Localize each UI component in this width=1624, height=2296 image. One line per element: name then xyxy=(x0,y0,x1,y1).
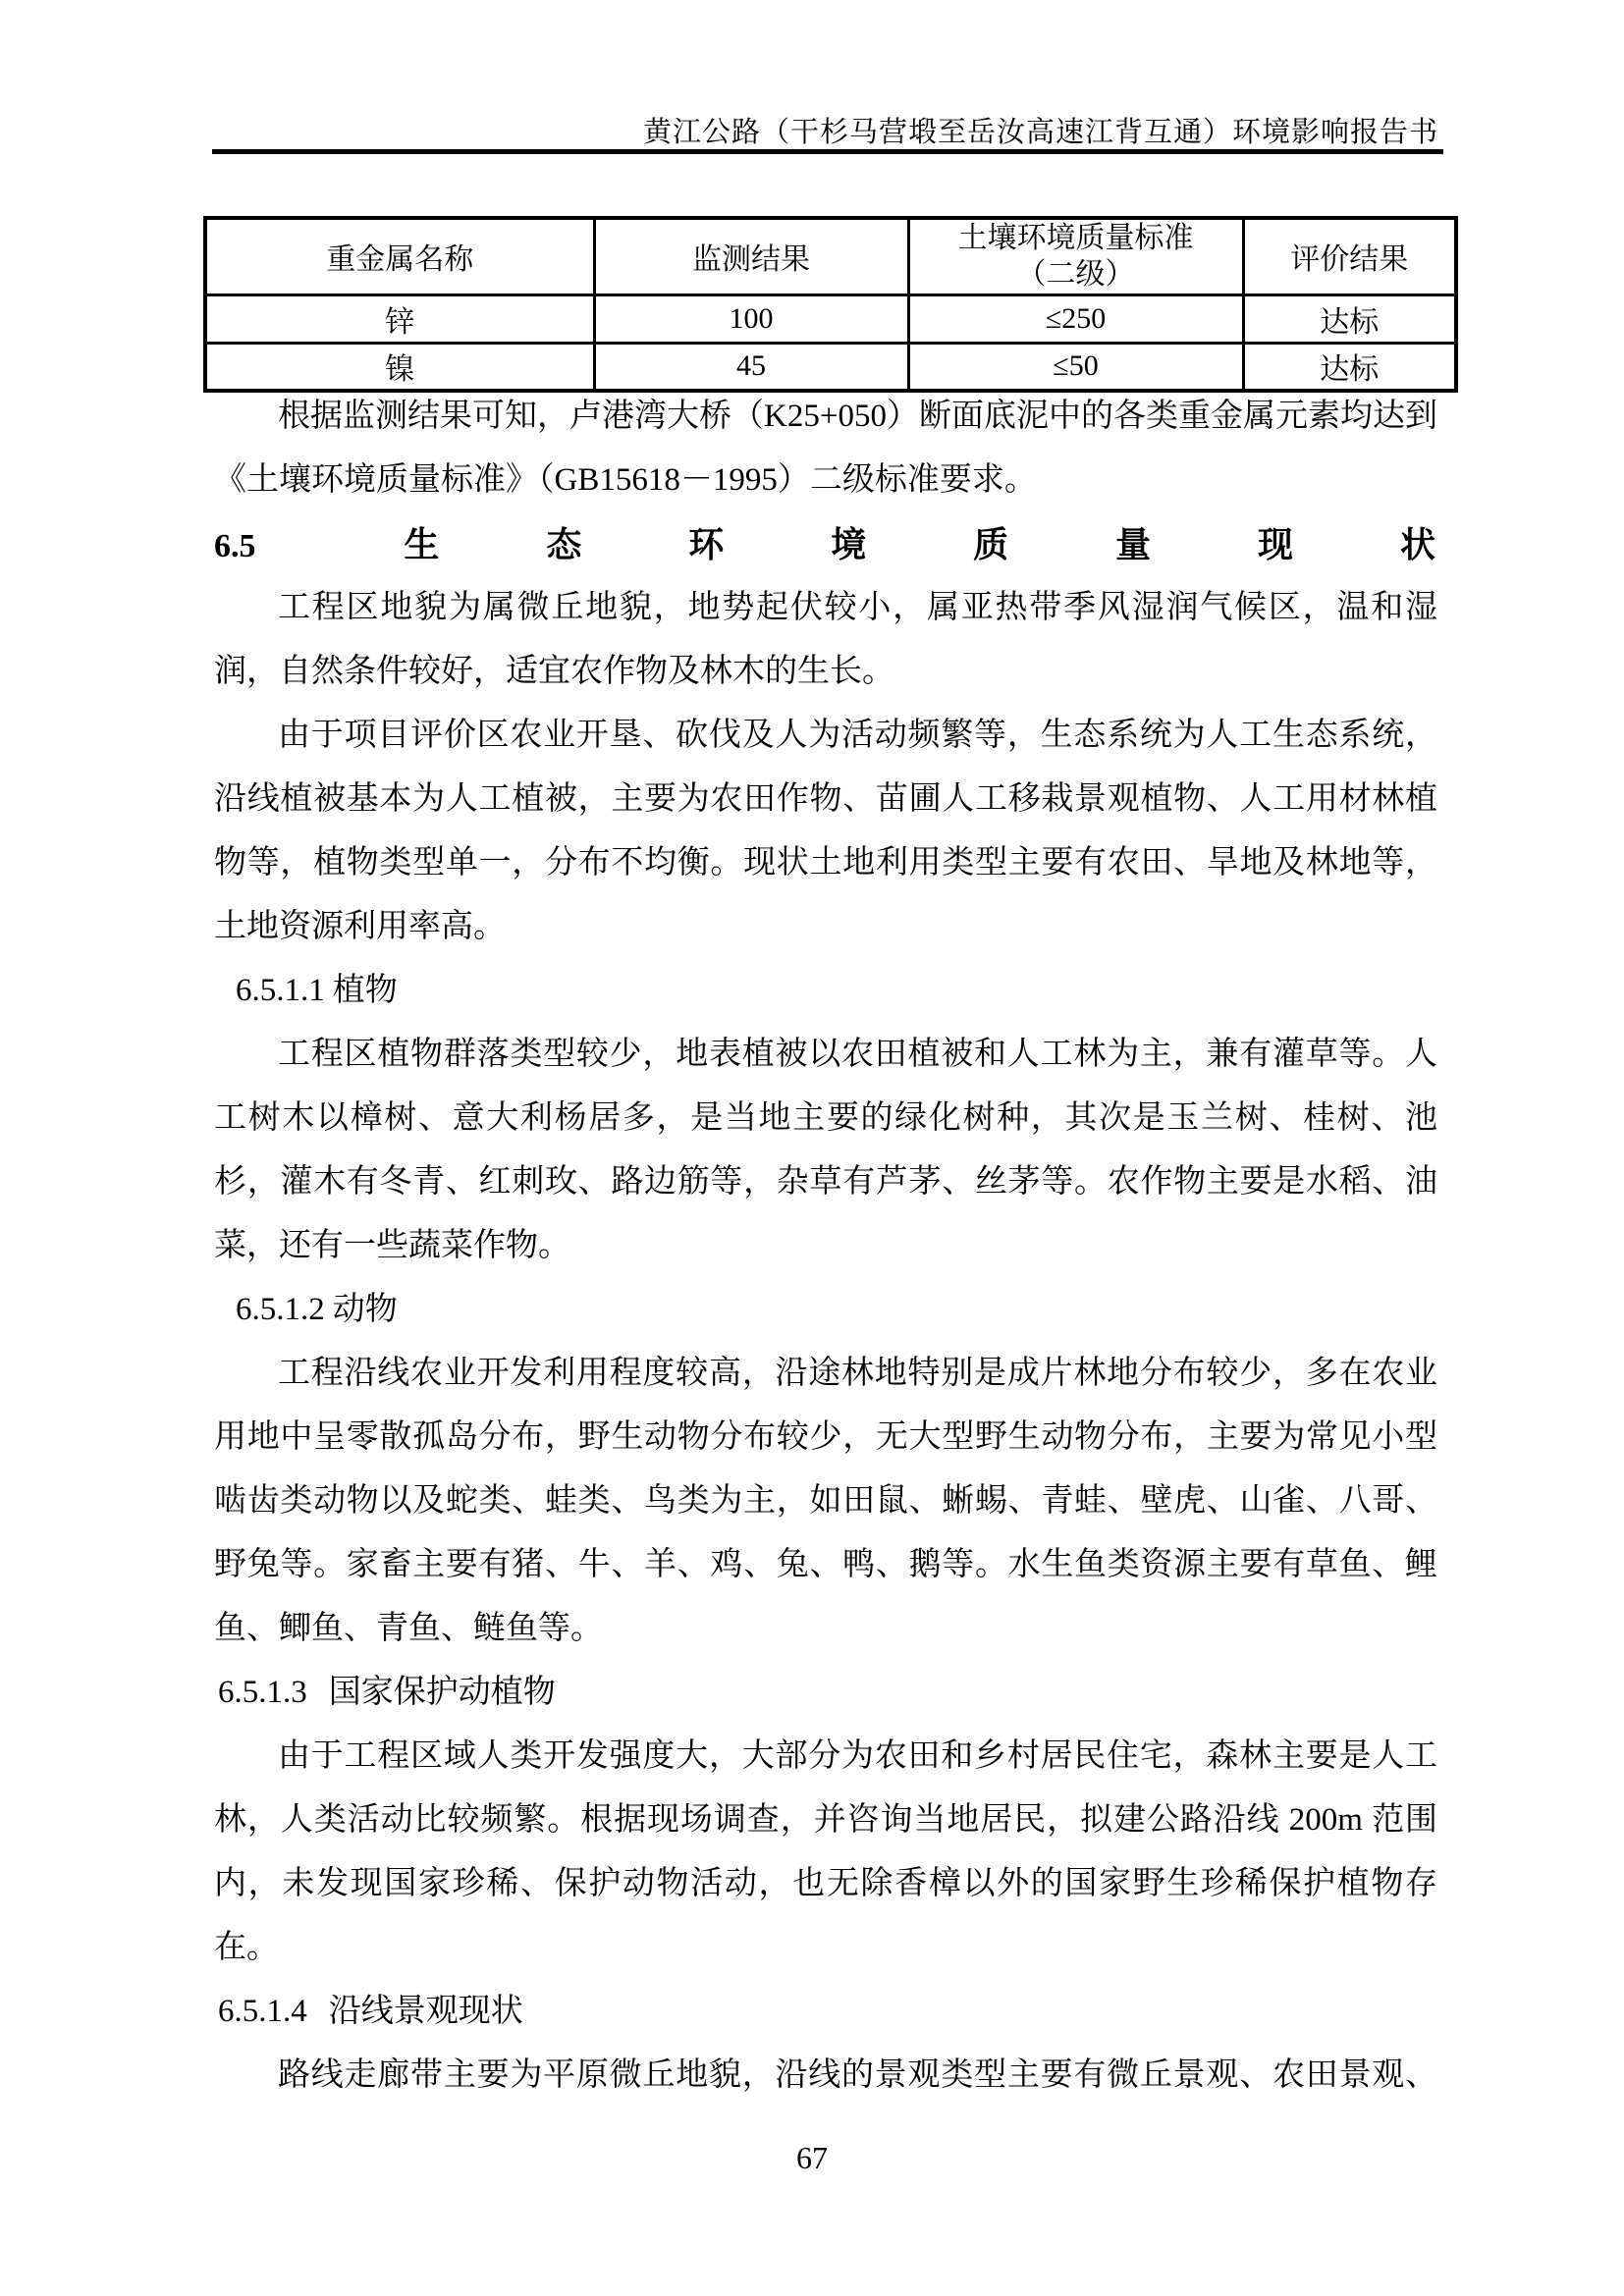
table-cell: 镍 xyxy=(205,343,594,391)
text-line: 工树木以樟树、意大利杨居多，是当地主要的绿化树种，其次是玉兰树、桂树、池 xyxy=(214,1087,1437,1150)
section-number: 6.5.1.4 xyxy=(218,1994,307,2029)
paragraph: 工程沿线农业开发利用程度较高，沿途林地特别是成片林地分布较少，多在农业 用地中呈… xyxy=(214,1342,1437,1661)
text-line: 工程区地貌为属微丘地貌，地势起伏较小，属亚热带季风湿润气候区，温和湿 xyxy=(214,576,1437,640)
table-cell: 100 xyxy=(594,294,908,343)
paragraph: 路线走廊带主要为平原微丘地貌，沿线的景观类型主要有微丘景观、农田景观、 xyxy=(214,2044,1437,2108)
table-cell: 锌 xyxy=(205,294,594,343)
table-cell: 45 xyxy=(594,343,908,391)
section-heading-6-5: 6.5生态环境质量现状 xyxy=(214,512,1437,576)
heavy-metal-results-table: 重金属名称 监测结果 土壤环境质量标准 （二级） 评价结果 锌 100 ≤250… xyxy=(203,216,1458,393)
header-cell-soil-standard: 土壤环境质量标准 （二级） xyxy=(908,218,1243,294)
running-header-title: 黄江公路（干杉马营塅至岳汝高速江背互通）环境影响报告书 xyxy=(643,115,1438,150)
text-line: 物等，植物类型单一，分布不均衡。现状土地利用类型主要有农田、旱地及林地等， xyxy=(214,831,1437,895)
text-line: 由于工程区域人类开发强度大，大部分为农田和乡村居民住宅，森林主要是人工 xyxy=(214,1725,1437,1789)
section-heading-6-5-1-1: 6.5.1.1植物 xyxy=(214,959,1437,1023)
text-line: 工程区植物群落类型较少，地表植被以农田植被和人工林为主，兼有灌草等。人 xyxy=(214,1023,1437,1087)
text-line: 沿线植被基本为人工植被，主要为农田作物、苗圃人工移栽景观植物、人工用材林植 xyxy=(214,768,1437,831)
text-line: 用地中呈零散孤岛分布，野生动物分布较少，无大型野生动物分布，主要为常见小型 xyxy=(214,1406,1437,1469)
paragraph: 由于项目评价区农业开垦、砍伐及人为活动频繁等，生态系统为人工生态系统， 沿线植被… xyxy=(214,704,1437,959)
text-line: 根据监测结果可知，卢港湾大桥（K25+050）断面底泥中的各类重金属元素均达到 xyxy=(214,385,1437,449)
text-line: 路线走廊带主要为平原微丘地貌，沿线的景观类型主要有微丘景观、农田景观、 xyxy=(214,2044,1437,2108)
text-line: 啮齿类动物以及蛇类、蛙类、鸟类为主，如田鼠、蜥蜴、青蛙、壁虎、山雀、八哥、 xyxy=(214,1469,1437,1533)
table-row: 锌 100 ≤250 达标 xyxy=(205,294,1456,343)
section-heading-6-5-1-4: 6.5.1.4沿线景观现状 xyxy=(214,1980,1437,2044)
section-number: 6.5.1.1 xyxy=(236,973,325,1008)
section-heading-6-5-1-2: 6.5.1.2动物 xyxy=(214,1278,1437,1342)
header-cell-metal-name: 重金属名称 xyxy=(205,218,594,294)
section-number: 6.5.1.2 xyxy=(236,1292,325,1327)
text-line: 土地资源利用率高。 xyxy=(214,895,1437,959)
section-title: 动物 xyxy=(333,1292,398,1327)
table-row: 镍 45 ≤50 达标 xyxy=(205,343,1456,391)
text-line: 杉，灌木有冬青、红刺玫、路边筋等，杂草有芦茅、丝茅等。农作物主要是水稻、油 xyxy=(214,1150,1437,1214)
text-line: 鱼、鲫鱼、青鱼、鲢鱼等。 xyxy=(214,1597,1437,1661)
header-rule xyxy=(212,149,1443,154)
section-title: 植物 xyxy=(333,973,398,1008)
text-line: 由于项目评价区农业开垦、砍伐及人为活动频繁等，生态系统为人工生态系统， xyxy=(214,704,1437,768)
text-line: 在。 xyxy=(214,1916,1437,1980)
section-title: 国家保护动植物 xyxy=(329,1675,556,1710)
text-line: 润，自然条件较好，适宜农作物及林木的生长。 xyxy=(214,640,1437,704)
table-cell: ≤50 xyxy=(908,343,1243,391)
text-line: 内，未发现国家珍稀、保护动物活动，也无除香樟以外的国家野生珍稀保护植物存 xyxy=(214,1852,1437,1916)
table-header-row: 重金属名称 监测结果 土壤环境质量标准 （二级） 评价结果 xyxy=(205,218,1456,294)
header-cell-evaluation: 评价结果 xyxy=(1243,218,1456,294)
paragraph: 工程区地貌为属微丘地貌，地势起伏较小，属亚热带季风湿润气候区，温和湿 润，自然条… xyxy=(214,576,1437,704)
section-title: 沿线景观现状 xyxy=(329,1994,523,2029)
paragraph: 工程区植物群落类型较少，地表植被以农田植被和人工林为主，兼有灌草等。人 工树木以… xyxy=(214,1023,1437,1278)
paragraph: 由于工程区域人类开发强度大，大部分为农田和乡村居民住宅，森林主要是人工 林，人类… xyxy=(214,1725,1437,1980)
table-cell: ≤250 xyxy=(908,294,1243,343)
header-cell-soil-standard-line2: （二级） xyxy=(910,256,1242,293)
text-line: 野兔等。家畜主要有猪、牛、羊、鸡、兔、鸭、鹅等。水生鱼类资源主要有草鱼、鲤 xyxy=(214,1533,1437,1597)
text-line: 菜，还有一些蔬菜作物。 xyxy=(214,1214,1437,1278)
page-number: 67 xyxy=(0,2140,1624,2176)
text-line: 工程沿线农业开发利用程度较高，沿途林地特别是成片林地分布较少，多在农业 xyxy=(214,1342,1437,1406)
paragraph: 根据监测结果可知，卢港湾大桥（K25+050）断面底泥中的各类重金属元素均达到 … xyxy=(214,385,1437,512)
section-title: 生态环境质量现状 xyxy=(299,524,1438,564)
document-page: 黄江公路（干杉马营塅至岳汝高速江背互通）环境影响报告书 重金属名称 监测结果 土… xyxy=(0,0,1624,2296)
text-line: 林，人类活动比较频繁。根据现场调查，并咨询当地居民，拟建公路沿线 200m 范围 xyxy=(214,1789,1437,1852)
text-line: 《土壤环境质量标准》（GB15618－1995）二级标准要求。 xyxy=(214,449,1437,512)
table-cell: 达标 xyxy=(1243,294,1456,343)
section-heading-6-5-1-3: 6.5.1.3国家保护动植物 xyxy=(214,1661,1437,1725)
section-number: 6.5.1.3 xyxy=(218,1675,307,1710)
header-cell-soil-standard-line1: 土壤环境质量标准 xyxy=(910,220,1242,256)
section-number: 6.5 xyxy=(214,528,256,564)
table-cell: 达标 xyxy=(1243,343,1456,391)
body-content: 根据监测结果可知，卢港湾大桥（K25+050）断面底泥中的各类重金属元素均达到 … xyxy=(214,385,1437,2108)
header-cell-monitor-result: 监测结果 xyxy=(594,218,908,294)
